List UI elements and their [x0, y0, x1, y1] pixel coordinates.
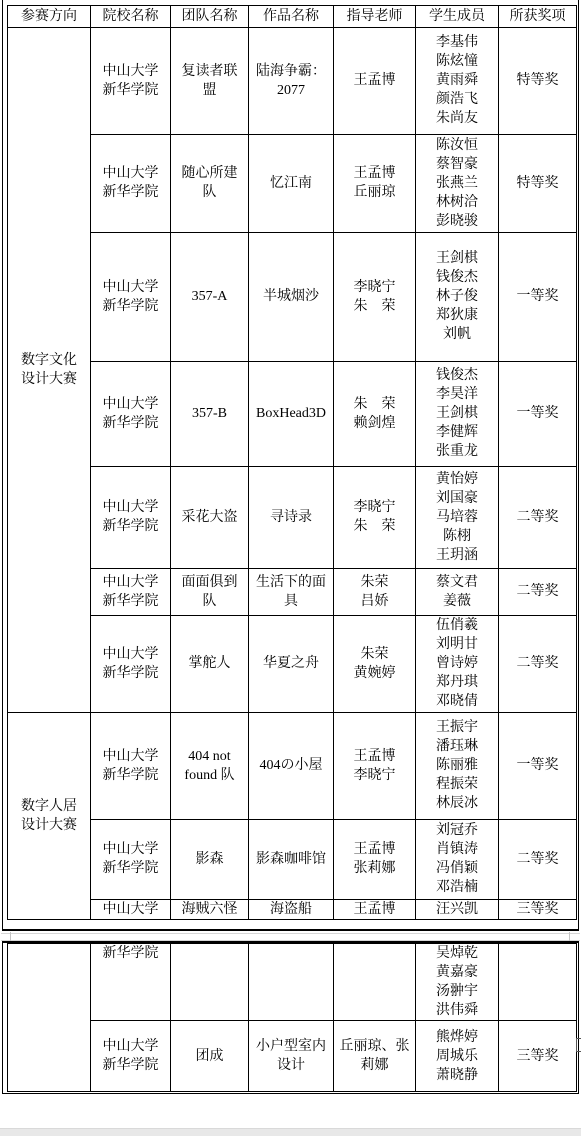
table-row-partial: 中山大学 海贼六怪 海盗船 王孟博 汪兴凯 三等奖: [8, 899, 577, 919]
cell-award[interactable]: 二等奖: [499, 615, 577, 712]
table-row: 中山大学 新华学院 357-A 半城烟沙 李晓宁 朱 荣 王剑棋 钱俊杰 林子俊…: [8, 232, 577, 361]
table-row: 中山大学 新华学院 团成 小户型室内 设计 丘丽琼、张 莉娜 熊烨婷 周城乐 萧…: [8, 1021, 577, 1092]
cell-students[interactable]: 熊烨婷 周城乐 萧晓静: [416, 1021, 499, 1092]
table-row: 中山大学 新华学院 随心所建 队 忆江南 王孟博 丘丽琼 陈汝恒 蔡智豪 张燕兰…: [8, 134, 577, 232]
cell-team[interactable]: 404 not found 队: [171, 712, 249, 819]
cell-teachers[interactable]: [334, 944, 416, 1021]
cell-college[interactable]: 中山大学 新华学院: [91, 1021, 171, 1092]
page-break-seam: [1, 933, 580, 941]
cell-students[interactable]: 王剑棋 钱俊杰 林子俊 郑狄康 刘帆: [416, 232, 499, 361]
col-header-work[interactable]: 作品名称: [249, 5, 334, 27]
awards-table-fragment-2: 新华学院 吴焯乾 黄嘉豪 汤翀宇 洪伟舜 中山大学 新华学院 团成 小户型室内 …: [2, 941, 579, 1094]
cell-award[interactable]: 三等奖: [499, 1021, 577, 1092]
col-header-direction[interactable]: 参赛方向: [8, 5, 91, 27]
cell-teachers[interactable]: 王孟博: [334, 899, 416, 919]
table-row: 中山大学 新华学院 掌舵人 华夏之舟 朱荣 黄婉婷 伍俏羲 刘明甘 曾诗婷 郑丹…: [8, 615, 577, 712]
cell-students[interactable]: 陈汝恒 蔡智豪 张燕兰 林树洽 彭晓骏: [416, 134, 499, 232]
cell-team[interactable]: [171, 944, 249, 1021]
col-header-students[interactable]: 学生成员: [416, 5, 499, 27]
cell-work[interactable]: [249, 944, 334, 1021]
section-cell-digital-habitat[interactable]: 数字人居 设计大赛: [8, 712, 91, 919]
cell-award[interactable]: 一等奖: [499, 361, 577, 466]
header-row: 参赛方向 院校名称 团队名称 作品名称 指导老师 学生成员 所获奖项: [8, 5, 577, 27]
awards-table: 参赛方向 院校名称 团队名称 作品名称 指导老师 学生成员 所获奖项 数字文化 …: [7, 0, 577, 920]
cell-college[interactable]: 中山大学 新华学院: [91, 466, 171, 568]
cell-teachers[interactable]: 王孟博 李晓宁: [334, 712, 416, 819]
cell-teachers[interactable]: 朱荣 吕娇: [334, 568, 416, 615]
section-cell-empty[interactable]: [8, 944, 91, 1092]
table-row: 数字文化 设计大赛 中山大学 新华学院 复读者联 盟 陆海争霸： 2077 王孟…: [8, 27, 577, 134]
cell-team[interactable]: 面面俱到 队: [171, 568, 249, 615]
cell-students[interactable]: 王振宇 潘珏琳 陈丽雅 程振荣 林辰冰: [416, 712, 499, 819]
cell-students[interactable]: 黄怡婷 刘国豪 马培蓉 陈栩 王玥涵: [416, 466, 499, 568]
cell-students[interactable]: 吴焯乾 黄嘉豪 汤翀宇 洪伟舜: [416, 944, 499, 1021]
col-header-college[interactable]: 院校名称: [91, 5, 171, 27]
cell-award[interactable]: 一等奖: [499, 232, 577, 361]
cell-work[interactable]: 半城烟沙: [249, 232, 334, 361]
cell-college[interactable]: 中山大学 新华学院: [91, 27, 171, 134]
cell-teachers[interactable]: 朱 荣 赖剑煌: [334, 361, 416, 466]
table-row-continuation: 新华学院 吴焯乾 黄嘉豪 汤翀宇 洪伟舜: [8, 944, 577, 1021]
cell-college[interactable]: 中山大学 新华学院: [91, 819, 171, 899]
cell-award[interactable]: 三等奖: [499, 899, 577, 919]
table-row: 数字人居 设计大赛 中山大学 新华学院 404 not found 队 404の…: [8, 712, 577, 819]
table-row: 中山大学 新华学院 357-B BoxHead3D 朱 荣 赖剑煌 钱俊杰 李昊…: [8, 361, 577, 466]
cell-work[interactable]: 忆江南: [249, 134, 334, 232]
text-cursor-bracket: [576, 1038, 581, 1052]
cell-students[interactable]: 伍俏羲 刘明甘 曾诗婷 郑丹琪 邓晓倩: [416, 615, 499, 712]
cell-award[interactable]: 特等奖: [499, 134, 577, 232]
cell-award[interactable]: 一等奖: [499, 712, 577, 819]
col-header-team[interactable]: 团队名称: [171, 5, 249, 27]
cell-teachers[interactable]: 李晓宁 朱 荣: [334, 466, 416, 568]
cell-award[interactable]: [499, 944, 577, 1021]
cell-teachers[interactable]: 朱荣 黄婉婷: [334, 615, 416, 712]
col-header-teachers[interactable]: 指导老师: [334, 5, 416, 27]
cell-work[interactable]: 小户型室内 设计: [249, 1021, 334, 1092]
cell-award[interactable]: 二等奖: [499, 568, 577, 615]
table-row: 中山大学 新华学院 影森 影森咖啡馆 王孟博 张莉娜 刘冠乔 肖镇涛 冯俏颖 邓…: [8, 819, 577, 899]
cell-work[interactable]: BoxHead3D: [249, 361, 334, 466]
cell-college[interactable]: 中山大学 新华学院: [91, 361, 171, 466]
cell-students[interactable]: 蔡文君 姜薇: [416, 568, 499, 615]
cell-work[interactable]: 陆海争霸： 2077: [249, 27, 334, 134]
section-cell-digital-culture[interactable]: 数字文化 设计大赛: [8, 27, 91, 712]
cell-students[interactable]: 李基伟 陈炫憧 黄雨舜 颜浩飞 朱尚友: [416, 27, 499, 134]
cell-teachers[interactable]: 王孟博: [334, 27, 416, 134]
cell-work[interactable]: 海盗船: [249, 899, 334, 919]
page-break-tick-right: [569, 932, 570, 941]
cell-work[interactable]: 生活下的面 具: [249, 568, 334, 615]
cell-teachers[interactable]: 丘丽琼、张 莉娜: [334, 1021, 416, 1092]
cell-college[interactable]: 中山大学 新华学院: [91, 615, 171, 712]
cell-students[interactable]: 钱俊杰 李昊洋 王剑棋 李健辉 张重龙: [416, 361, 499, 466]
bottom-page-strip: [0, 1128, 581, 1136]
cell-teachers[interactable]: 王孟博 丘丽琼: [334, 134, 416, 232]
awards-table-fragment-1: 参赛方向 院校名称 团队名称 作品名称 指导老师 学生成员 所获奖项 数字文化 …: [2, 0, 579, 931]
cell-college[interactable]: 中山大学 新华学院: [91, 134, 171, 232]
cell-teachers[interactable]: 李晓宁 朱 荣: [334, 232, 416, 361]
cell-team[interactable]: 采花大盗: [171, 466, 249, 568]
cell-college[interactable]: 中山大学: [91, 899, 171, 919]
cell-team[interactable]: 影森: [171, 819, 249, 899]
cell-award[interactable]: 特等奖: [499, 27, 577, 134]
cell-work[interactable]: 影森咖啡馆: [249, 819, 334, 899]
cell-team[interactable]: 随心所建 队: [171, 134, 249, 232]
cell-college[interactable]: 中山大学 新华学院: [91, 232, 171, 361]
cell-team[interactable]: 团成: [171, 1021, 249, 1092]
table-row: 中山大学 新华学院 采花大盗 寻诗录 李晓宁 朱 荣 黄怡婷 刘国豪 马培蓉 陈…: [8, 466, 577, 568]
cell-award[interactable]: 二等奖: [499, 466, 577, 568]
cell-award[interactable]: 二等奖: [499, 819, 577, 899]
cell-team[interactable]: 复读者联 盟: [171, 27, 249, 134]
cell-team[interactable]: 357-B: [171, 361, 249, 466]
cell-team[interactable]: 357-A: [171, 232, 249, 361]
cell-college[interactable]: 中山大学 新华学院: [91, 568, 171, 615]
cell-team[interactable]: 掌舵人: [171, 615, 249, 712]
cell-work[interactable]: 寻诗录: [249, 466, 334, 568]
cell-teachers[interactable]: 王孟博 张莉娜: [334, 819, 416, 899]
table-row: 中山大学 新华学院 面面俱到 队 生活下的面 具 朱荣 吕娇 蔡文君 姜薇 二等…: [8, 568, 577, 615]
cell-college[interactable]: 新华学院: [91, 944, 171, 1021]
cell-students[interactable]: 汪兴凯: [416, 899, 499, 919]
awards-table-continued: 新华学院 吴焯乾 黄嘉豪 汤翀宇 洪伟舜 中山大学 新华学院 团成 小户型室内 …: [7, 943, 577, 1092]
cell-work[interactable]: 华夏之舟: [249, 615, 334, 712]
page-break-tick-left: [10, 932, 11, 941]
cell-students[interactable]: 刘冠乔 肖镇涛 冯俏颖 邓浩楠: [416, 819, 499, 899]
col-header-award[interactable]: 所获奖项: [499, 5, 577, 27]
cell-work[interactable]: 404の小屋: [249, 712, 334, 819]
cell-college[interactable]: 中山大学 新华学院: [91, 712, 171, 819]
cell-team[interactable]: 海贼六怪: [171, 899, 249, 919]
